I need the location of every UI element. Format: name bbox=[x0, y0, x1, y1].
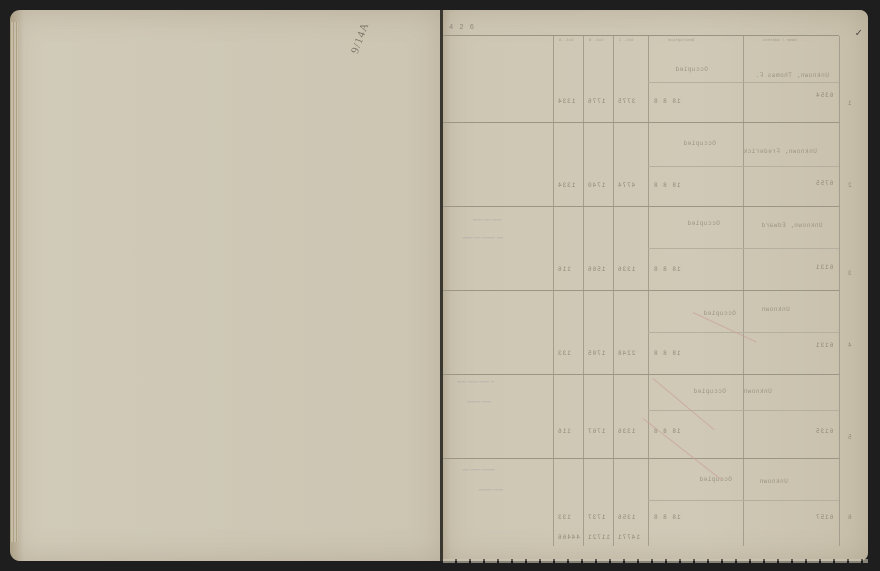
row-status: Occupied bbox=[693, 388, 726, 395]
row-id: 6135 bbox=[815, 428, 833, 435]
pencil-annotation: ~~~ ~~ ~~~ bbox=[473, 218, 502, 224]
row-sub-divider bbox=[648, 82, 839, 83]
left-page: 9/14A bbox=[10, 10, 442, 561]
page-reference: 4 2 6 bbox=[449, 24, 475, 32]
row-figure: 4774 bbox=[617, 182, 635, 189]
table-row: Unknown, Thomas F. Occupied 1334 1776 37… bbox=[443, 36, 839, 122]
row-status: Occupied bbox=[675, 66, 708, 73]
ledger-table: Col. A Col. B Col. C Description Name / … bbox=[443, 35, 839, 546]
folio-mark: 9/14A bbox=[349, 21, 371, 56]
row-status: Occupied bbox=[703, 310, 736, 317]
row-ref: 18 8 8 bbox=[653, 266, 681, 273]
table-row: ~~~~ ~~~ ~~ ~~~ ~~~~ Unknown Occupied 13… bbox=[443, 458, 839, 546]
row-ref: 18 8 8 bbox=[653, 350, 681, 357]
row-name: Unknown bbox=[759, 478, 788, 485]
row-number: 5 bbox=[847, 434, 852, 441]
row-sub-divider bbox=[648, 410, 839, 411]
row-figure: 1705 bbox=[587, 350, 605, 357]
row-sub-divider bbox=[648, 248, 839, 249]
row-figure: 1334 bbox=[557, 182, 575, 189]
row-id: 6131 bbox=[815, 342, 833, 349]
row-figure: 1776 bbox=[587, 98, 605, 105]
table-row: ~ ~~~ ~~~ ~~~ ~~~ ~~~~ Unknown Occupied … bbox=[443, 374, 839, 458]
row-sub-divider bbox=[648, 500, 839, 501]
row-number: 6 bbox=[847, 514, 852, 521]
row-number: 2 bbox=[847, 182, 852, 189]
row-figure: 133 bbox=[557, 514, 571, 521]
row-number: 4 bbox=[847, 342, 852, 349]
check-mark-icon: ✓ bbox=[855, 26, 862, 40]
row-figure: 1740 bbox=[587, 182, 605, 189]
right-page: 4 2 6 ✓ Col. A Col. B Col. C Description… bbox=[443, 10, 868, 561]
row-status: Occupied bbox=[687, 220, 720, 227]
row-ref: 18 8 8 bbox=[653, 98, 681, 105]
row-status: Occupied bbox=[683, 140, 716, 147]
row-ref: 18 8 8 bbox=[653, 514, 681, 521]
pencil-annotation: ~~ ~~~~ ~~ ~~~ bbox=[463, 236, 503, 242]
row-name: Unknown, Thomas F. bbox=[755, 72, 829, 79]
row-figure: 1336 bbox=[617, 428, 635, 435]
row-figure: 3775 bbox=[617, 98, 635, 105]
pencil-annotation: ~~~ ~~~~ bbox=[467, 400, 491, 406]
total-figure: 44466 bbox=[557, 534, 580, 541]
row-number: 3 bbox=[847, 270, 852, 277]
row-figure: 1566 bbox=[587, 266, 605, 273]
row-name: Unknown, Frederick bbox=[743, 148, 817, 155]
column-divider bbox=[839, 36, 840, 546]
row-figure: 116 bbox=[557, 428, 571, 435]
row-id: 6157 bbox=[815, 514, 833, 521]
pencil-annotation: ~~~~ ~~~ ~~ bbox=[463, 468, 495, 474]
row-figure: 1767 bbox=[587, 428, 605, 435]
row-number: 1 bbox=[847, 100, 852, 107]
row-figure: 116 bbox=[557, 266, 571, 273]
total-figure: 14771 bbox=[617, 534, 640, 541]
row-figure: 1737 bbox=[587, 514, 605, 521]
total-figure: 11721 bbox=[587, 534, 610, 541]
row-sub-divider bbox=[648, 332, 839, 333]
table-row: Unknown Occupied 133 1705 2248 18 8 8 61… bbox=[443, 290, 839, 374]
row-id: 6354 bbox=[815, 92, 833, 99]
table-row: Unknown, Frederick Occupied 1334 1740 47… bbox=[443, 122, 839, 206]
row-figure: 133 bbox=[557, 350, 571, 357]
row-name: Unknown, Edward bbox=[761, 222, 823, 229]
pencil-annotation: ~ ~~~ ~~~ ~~~ bbox=[457, 380, 494, 386]
page-edge-stack bbox=[10, 22, 18, 542]
row-figure: 1336 bbox=[617, 266, 635, 273]
row-figure: 1334 bbox=[557, 98, 575, 105]
torn-edge bbox=[443, 559, 868, 563]
row-sub-divider bbox=[648, 166, 839, 167]
table-row: ~~~ ~~ ~~~ ~~ ~~~~ ~~ ~~~ Unknown, Edwar… bbox=[443, 206, 839, 290]
red-pencil-mark bbox=[653, 378, 715, 430]
row-name: Unknown bbox=[761, 306, 790, 313]
row-name: Unknown bbox=[743, 388, 772, 395]
row-ref: 18 8 8 bbox=[653, 182, 681, 189]
row-figure: 1356 bbox=[617, 514, 635, 521]
row-id: 6131 bbox=[815, 264, 833, 271]
row-status: Occupied bbox=[699, 476, 732, 483]
pencil-annotation: ~~~ ~~~~ bbox=[479, 488, 503, 494]
row-id: 6755 bbox=[815, 180, 833, 187]
row-figure: 2248 bbox=[617, 350, 635, 357]
